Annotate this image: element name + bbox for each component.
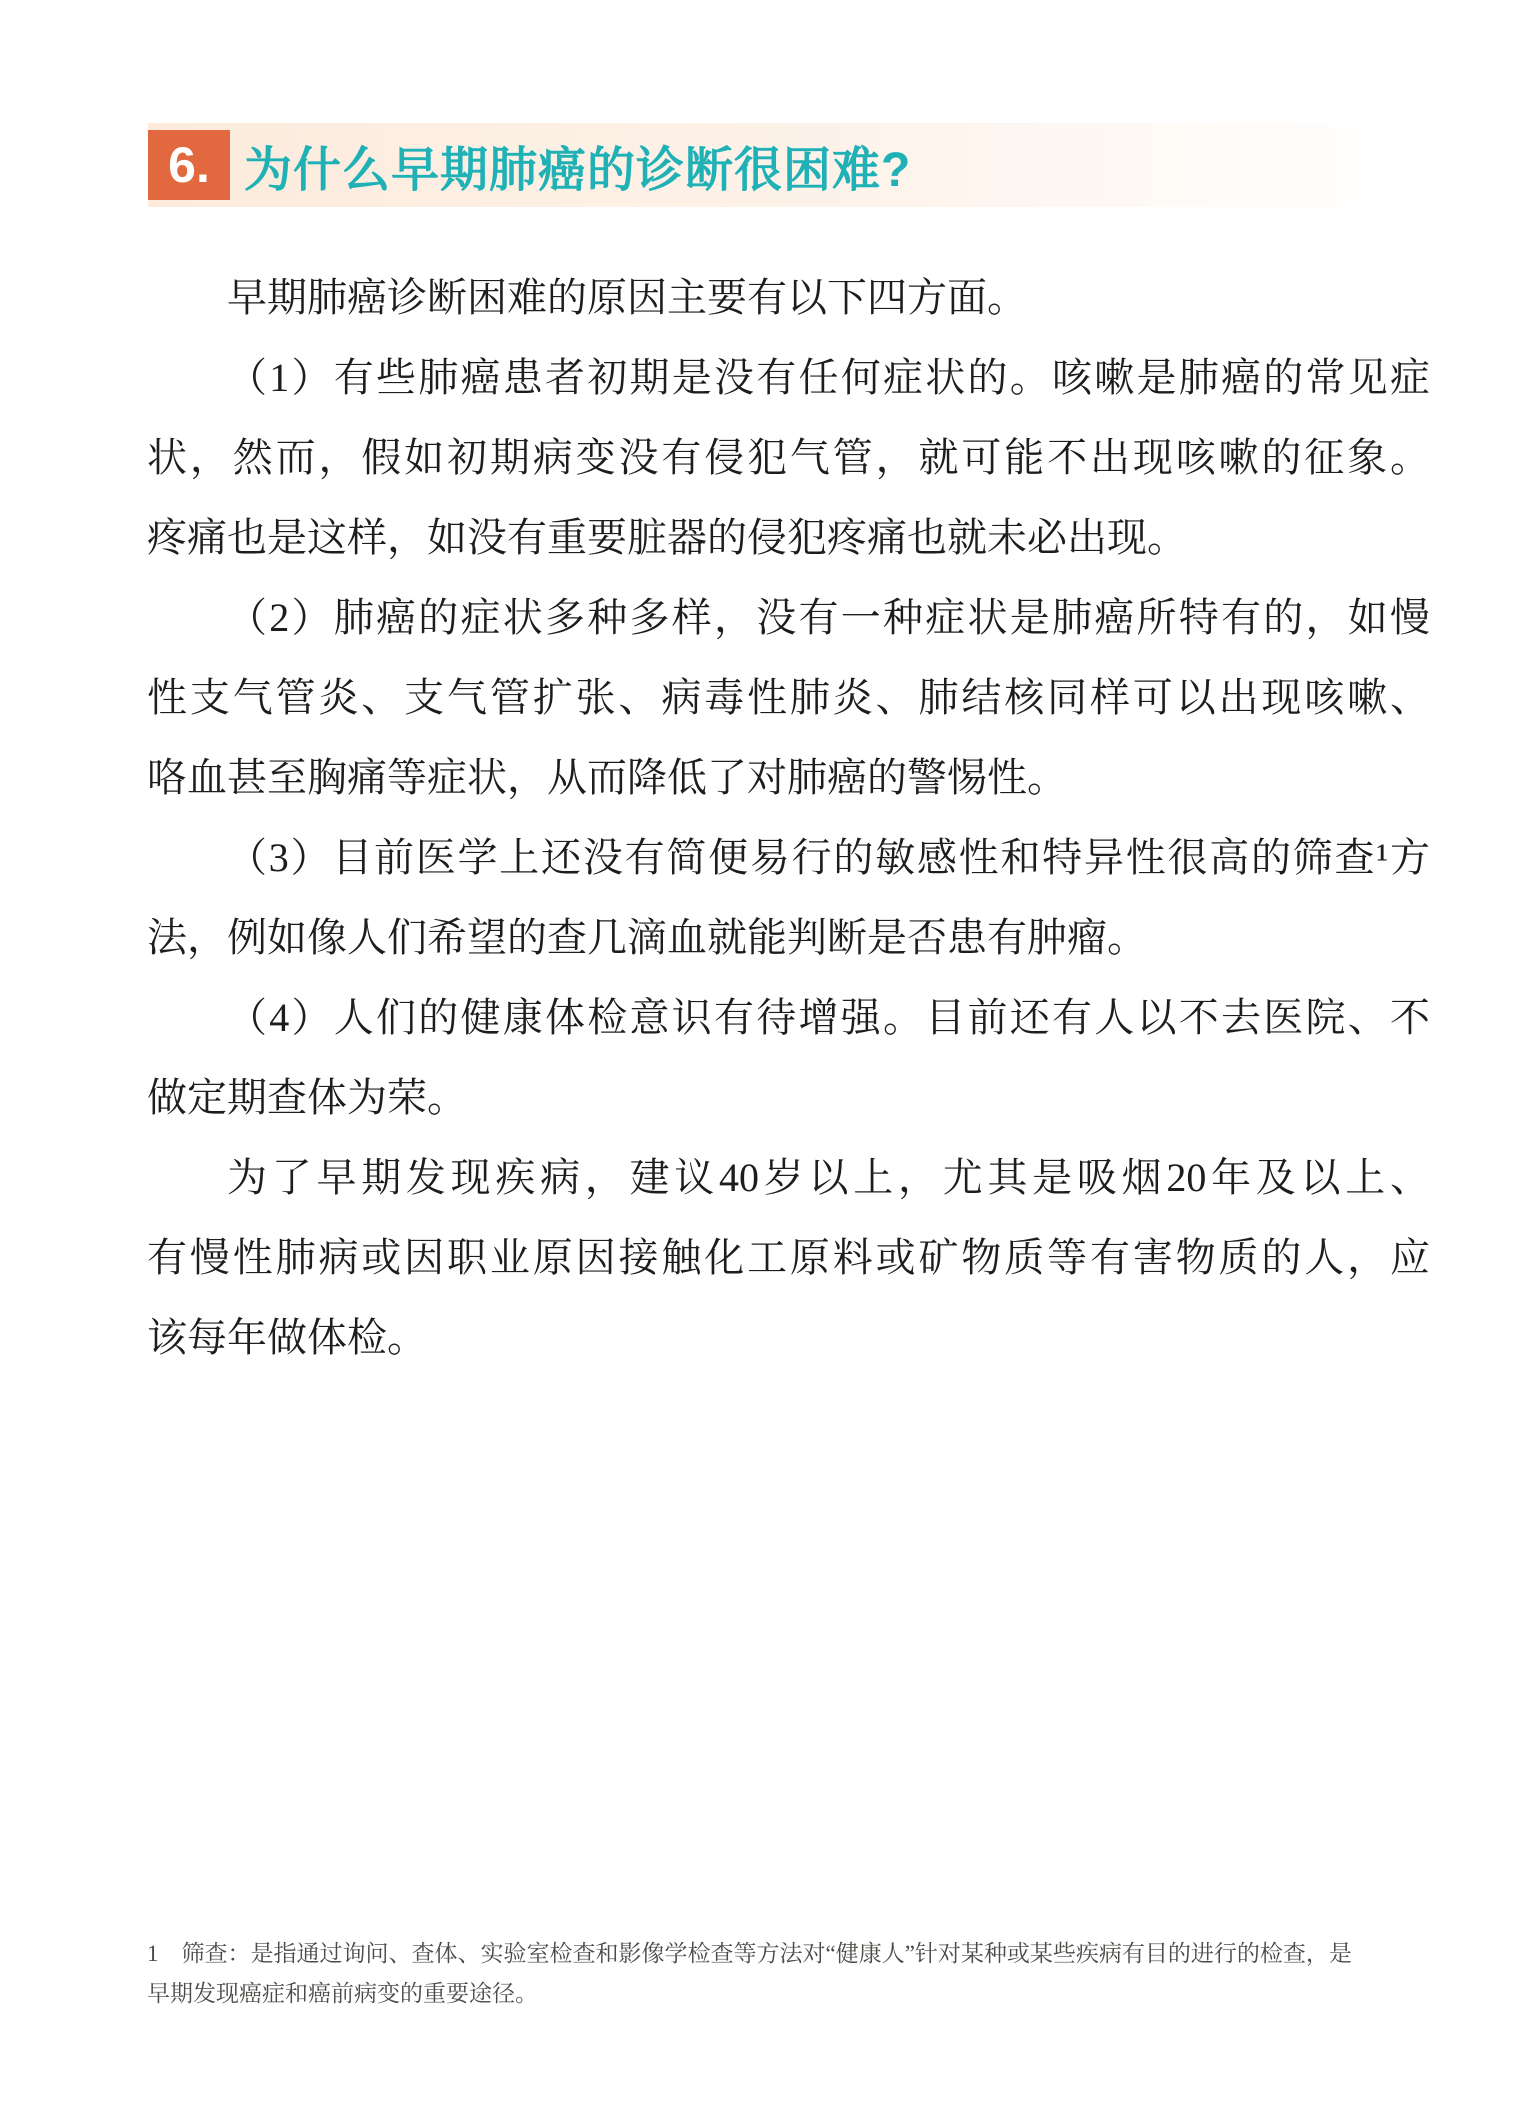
body-line: （2）肺癌的症状多种多样，没有一种症状是肺癌所特有的，如慢 — [147, 578, 1430, 658]
section-number: 6. — [168, 140, 210, 190]
section-title: 为什么早期肺癌的诊断很困难? — [244, 131, 911, 200]
body-line: （1）有些肺癌患者初期是没有任何症状的。咳嗽是肺癌的常见症 — [147, 338, 1430, 418]
body-text: 早期肺癌诊断困难的原因主要有以下四方面。（1）有些肺癌患者初期是没有任何症状的。… — [147, 258, 1430, 1378]
body-line: 法，例如像人们希望的查几滴血就能判断是否患有肿瘤。 — [147, 898, 1430, 978]
body-line: 性支气管炎、支气管扩张、病毒性肺炎、肺结核同样可以出现咳嗽、 — [147, 658, 1430, 738]
body-line: 做定期查体为荣。 — [147, 1058, 1430, 1138]
body-line: 疼痛也是这样，如没有重要脏器的侵犯疼痛也就未必出现。 — [147, 498, 1430, 578]
body-line: 为了早期发现疾病，建议40岁以上，尤其是吸烟20年及以上、 — [147, 1138, 1430, 1218]
footnote-line: 1 筛查：是指通过询问、查体、实验室检查和影像学检查等方法对“健康人”针对某种或… — [147, 1934, 1532, 1974]
body-line: 咯血甚至胸痛等症状，从而降低了对肺癌的警惕性。 — [147, 738, 1430, 818]
footnote: 1 筛查：是指通过询问、查体、实验室检查和影像学检查等方法对“健康人”针对某种或… — [147, 1934, 1532, 2014]
body-line: 有慢性肺病或因职业原因接触化工原料或矿物质等有害物质的人，应 — [147, 1218, 1430, 1298]
footnote-line: 早期发现癌症和癌前病变的重要途径。 — [147, 1974, 1532, 2014]
body-line: 该每年做体检。 — [147, 1298, 1430, 1378]
body-line: 状，然而，假如初期病变没有侵犯气管，就可能不出现咳嗽的征象。 — [147, 418, 1430, 498]
body-line: 早期肺癌诊断困难的原因主要有以下四方面。 — [147, 258, 1430, 338]
section-number-badge: 6. — [148, 130, 230, 200]
body-line: （3）目前医学上还没有简便易行的敏感性和特异性很高的筛查¹方 — [147, 818, 1430, 898]
page: 6. 为什么早期肺癌的诊断很困难? 早期肺癌诊断困难的原因主要有以下四方面。（1… — [0, 0, 1536, 2108]
body-line: （4）人们的健康体检意识有待增强。目前还有人以不去医院、不 — [147, 978, 1430, 1058]
section-header: 6. 为什么早期肺癌的诊断很困难? — [148, 123, 1358, 207]
